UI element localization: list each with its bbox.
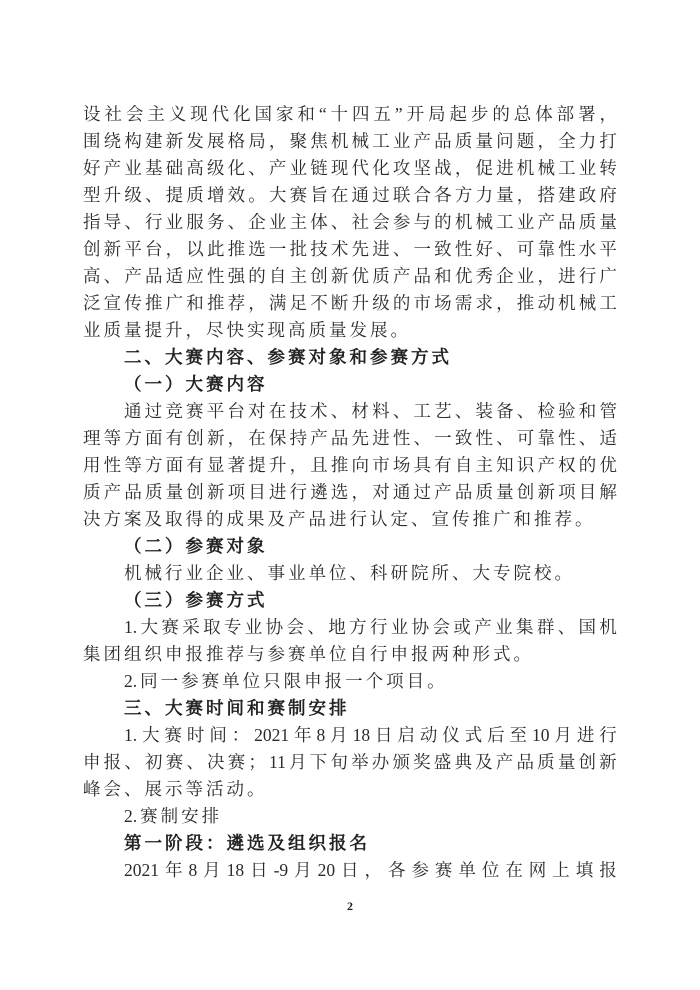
text-line: 泛宣传推广和推荐，满足不断升级的市场需求，推动机械工 — [83, 290, 617, 317]
text-line: 2.同一参赛单位只限申报一个项目。 — [83, 668, 617, 695]
heading-line: （三）参赛方式 — [83, 587, 617, 614]
text-line: 机械行业企业、事业单位、科研院所、大专院校。 — [83, 560, 617, 587]
heading-line: 三、大赛时间和赛制安排 — [83, 695, 617, 722]
heading-line: 第一阶段：遴选及组织报名 — [83, 830, 617, 857]
text-line: 围绕构建新发展格局，聚焦机械工业产品质量问题，全力打 — [83, 128, 617, 155]
text-line: 型升级、提质增效。大赛旨在通过联合各方力量，搭建政府 — [83, 182, 617, 209]
text-line: 高、产品适应性强的自主创新优质产品和优秀企业，进行广 — [83, 263, 617, 290]
text-line: 1.大赛采取专业协会、地方行业协会或产业集群、国机 — [83, 614, 617, 641]
text-line: 创新平台，以此推选一批技术先进、一致性好、可靠性水平 — [83, 236, 617, 263]
text-line: 指导、行业服务、企业主体、社会参与的机械工业产品质量 — [83, 209, 617, 236]
text-line: 2.赛制安排 — [83, 803, 617, 830]
document-body: 设社会主义现代化国家和“十四五”开局起步的总体部署，围绕构建新发展格局，聚焦机械… — [83, 101, 617, 884]
text-line: 好产业基础高级化、产业链现代化攻坚战，促进机械工业转 — [83, 155, 617, 182]
heading-line: （二）参赛对象 — [83, 533, 617, 560]
text-line: 峰会、展示等活动。 — [83, 776, 617, 803]
text-line: 业质量提升，尽快实现高质量发展。 — [83, 317, 617, 344]
text-line: 理等方面有创新，在保持产品先进性、一致性、可靠性、适 — [83, 425, 617, 452]
text-line: 申报、初赛、决赛；11月下旬举办颁奖盛典及产品质量创新 — [83, 749, 617, 776]
page-number: 2 — [0, 899, 700, 914]
text-line: 用性等方面有显著提升，且推向市场具有自主知识产权的优 — [83, 452, 617, 479]
text-line: 通过竞赛平台对在技术、材料、工艺、装备、检验和管 — [83, 398, 617, 425]
text-line: 集团组织申报推荐与参赛单位自行申报两种形式。 — [83, 641, 617, 668]
text-line: 2021年8月18日-9月20日，各参赛单位在网上填报 — [83, 857, 617, 884]
heading-line: （一）大赛内容 — [83, 371, 617, 398]
heading-line: 二、大赛内容、参赛对象和参赛方式 — [83, 344, 617, 371]
text-line: 1.大赛时间：2021年8月18日启动仪式后至10月进行 — [83, 722, 617, 749]
text-line: 决方案及取得的成果及产品进行认定、宣传推广和推荐。 — [83, 506, 617, 533]
text-line: 设社会主义现代化国家和“十四五”开局起步的总体部署， — [83, 101, 617, 128]
document-page: 设社会主义现代化国家和“十四五”开局起步的总体部署，围绕构建新发展格局，聚焦机械… — [0, 0, 700, 990]
text-line: 质产品质量创新项目进行遴选，对通过产品质量创新项目解 — [83, 479, 617, 506]
